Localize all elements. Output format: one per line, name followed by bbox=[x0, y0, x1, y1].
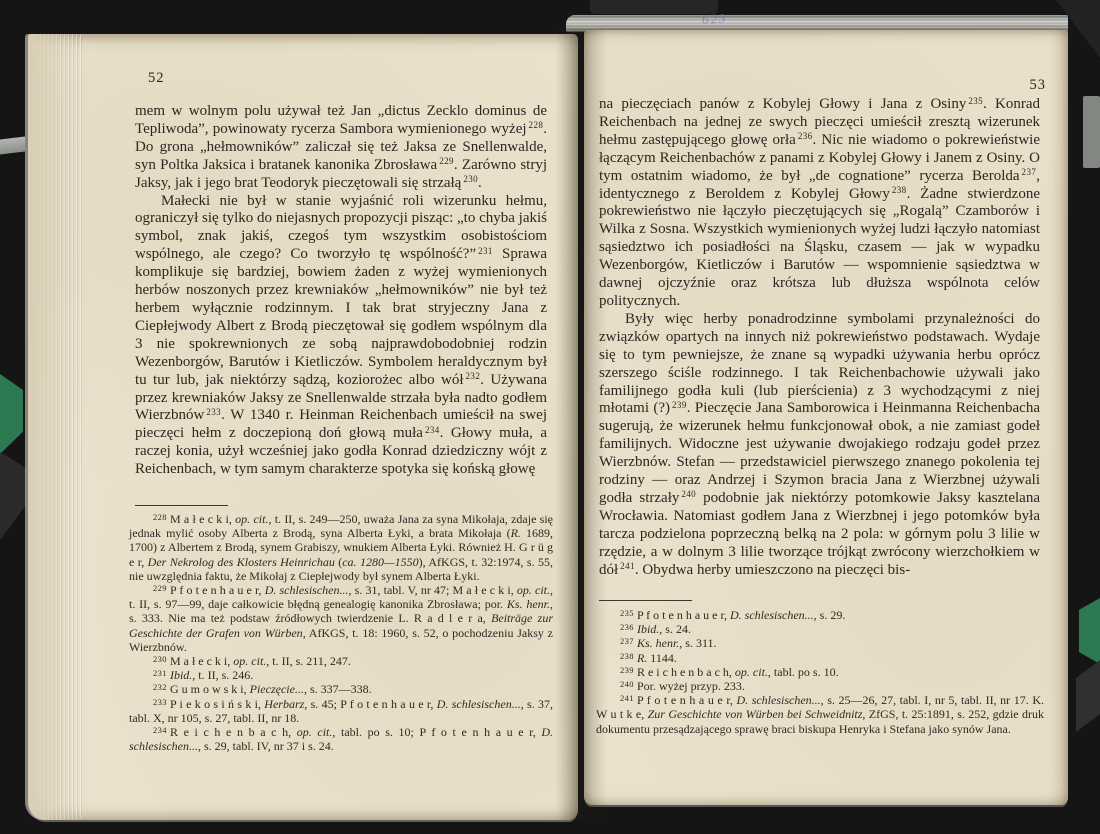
footnote-number: 234 bbox=[153, 725, 167, 735]
main-text-left: mem w wolnym polu używał też Jan „dictus… bbox=[135, 103, 547, 479]
library-stamp: 623 bbox=[702, 10, 728, 27]
light-glare-stripe-left bbox=[0, 136, 25, 154]
dark-streak-right bbox=[1076, 660, 1100, 732]
footnote-number: 233 bbox=[153, 697, 167, 707]
footnote-number: 240 bbox=[620, 679, 634, 689]
footnote-rule-right bbox=[599, 600, 692, 601]
footnote-235: 235P f o t e n h a u e r, D. schlesische… bbox=[596, 608, 1044, 622]
footnote-number: 231 bbox=[153, 668, 167, 678]
book-page-52: 52 mem w wolnym polu używał też Jan „dic… bbox=[28, 34, 578, 820]
footnotes-left: 228M a ł e c k i, op. cit., t. II, s. 24… bbox=[129, 512, 553, 753]
book-page-53: 53 na pieczęciach panów z Kobylej Głowy … bbox=[584, 30, 1068, 805]
footnote-number: 238 bbox=[620, 651, 634, 661]
footnote-number: 232 bbox=[153, 682, 167, 692]
dark-tab-top bbox=[590, 0, 718, 14]
footnote-number: 229 bbox=[153, 583, 167, 593]
footnote-number: 239 bbox=[620, 665, 634, 675]
book-scan-photo: 623 52 mem w wolnym polu używał też Jan … bbox=[0, 0, 1100, 834]
green-tape-right bbox=[1079, 598, 1100, 664]
fore-edge-texture-left bbox=[28, 34, 84, 820]
paragraph: na pieczęciach panów z Kobylej Głowy i J… bbox=[599, 96, 1040, 311]
footnote-rule-left bbox=[135, 505, 228, 506]
footnote-number: 236 bbox=[620, 622, 634, 632]
main-text-right: na pieczęciach panów z Kobylej Głowy i J… bbox=[599, 96, 1040, 579]
footnote-229: 229P f o t e n h a u e r, D. schlesische… bbox=[129, 583, 553, 654]
footnote-number: 228 bbox=[153, 512, 167, 522]
footnote-number: 230 bbox=[153, 654, 167, 664]
footnote-number: 235 bbox=[620, 608, 634, 618]
paragraph: Były więc herby ponadrodzinne symbolami … bbox=[599, 311, 1040, 580]
footnote-230: 230M a ł e c k i, op. cit., t. II, s. 21… bbox=[129, 654, 553, 668]
footnote-232: 232G u m o w s k i, Pieczęcie..., s. 337… bbox=[129, 682, 553, 696]
footnote-240: 240Por. wyżej przyp. 233. bbox=[596, 679, 1044, 693]
footnote-237: 237Ks. henr., s. 311. bbox=[596, 636, 1044, 650]
footnote-233: 233P i e k o s i ń s k i, Herbarz, s. 45… bbox=[129, 697, 553, 725]
footnote-231: 231Ibid., t. II, s. 246. bbox=[129, 668, 553, 682]
dark-streak-left bbox=[0, 452, 26, 540]
green-tape-left bbox=[0, 374, 23, 454]
paragraph: Małecki nie był w stanie wyjaśnić roli w… bbox=[135, 193, 547, 480]
page-number-left: 52 bbox=[148, 70, 165, 87]
footnote-234: 234R e i c h e n b a c h, op. cit., tabl… bbox=[129, 725, 553, 753]
footnote-number: 237 bbox=[620, 636, 634, 646]
footnote-236: 236Ibid., s. 24. bbox=[596, 622, 1044, 636]
gray-tab-right bbox=[1083, 96, 1100, 168]
footnote-238: 238R. 1144. bbox=[596, 651, 1044, 665]
footnote-239: 239R e i c h e n b a c h, op. cit., tabl… bbox=[596, 665, 1044, 679]
footnote-241: 241P f o t e n h a u e r, D. schlesische… bbox=[596, 693, 1044, 736]
paragraph: mem w wolnym polu używał też Jan „dictus… bbox=[135, 103, 547, 193]
footnotes-right: 235P f o t e n h a u e r, D. schlesische… bbox=[596, 608, 1044, 736]
footnote-number: 241 bbox=[620, 693, 634, 703]
footnote-228: 228M a ł e c k i, op. cit., t. II, s. 24… bbox=[129, 512, 553, 583]
page-number-right: 53 bbox=[1030, 77, 1047, 94]
